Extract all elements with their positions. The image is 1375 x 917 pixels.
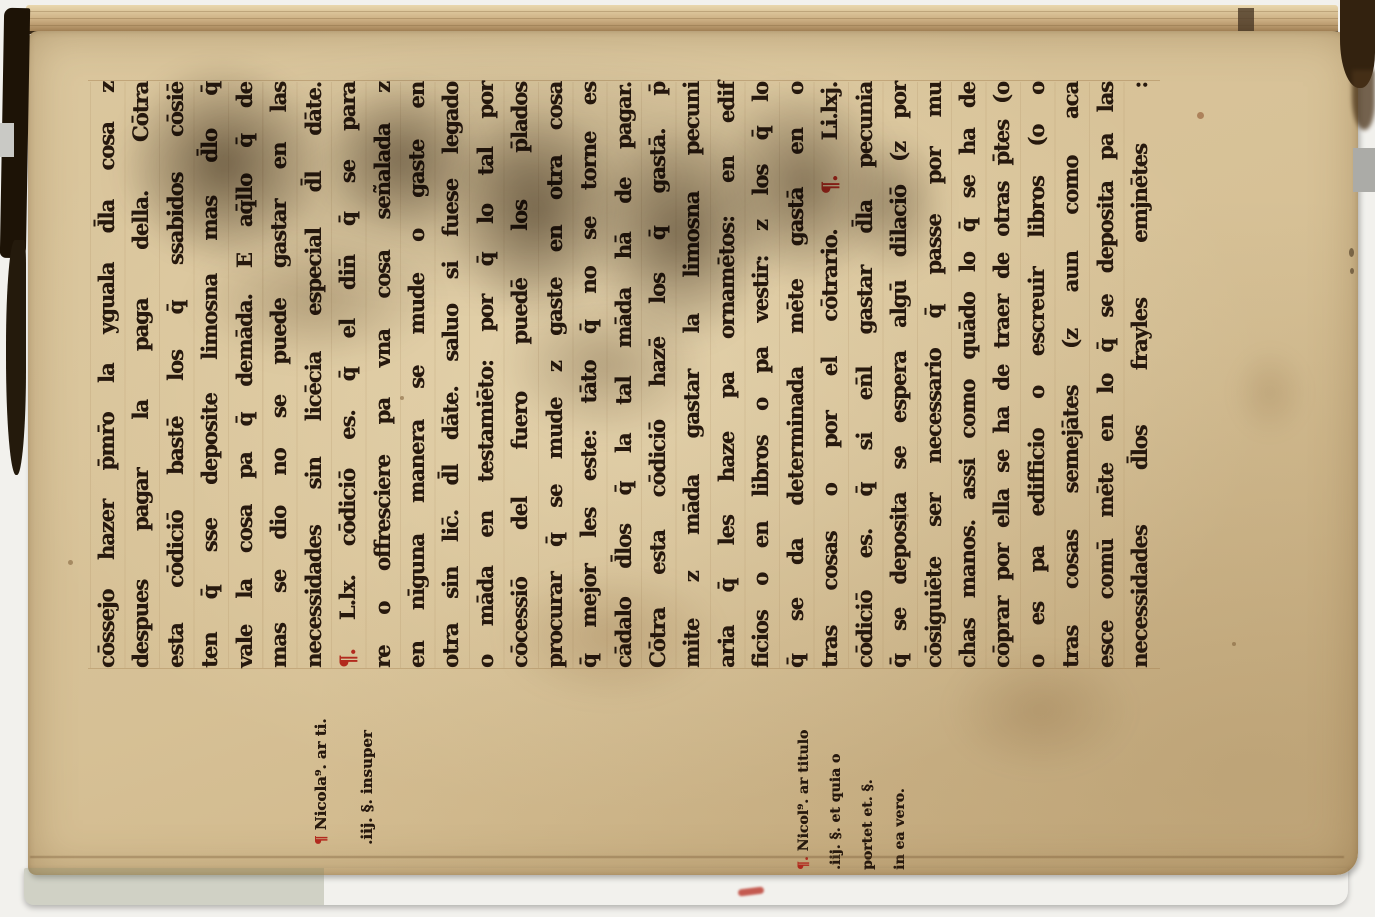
word: libros [1020,176,1054,238]
word: gastā. [641,129,675,194]
ink-speck [1349,248,1354,257]
word: o [1020,82,1054,95]
ink-speck [68,560,73,565]
word: los [159,350,193,381]
word: cōsiē [159,82,193,137]
word: p̄tes [985,120,1019,166]
word: señalada [366,124,400,220]
word: cōsiguiēte [917,557,951,668]
ink-speck [1350,268,1354,274]
word: escreuir [1020,268,1054,357]
scanned-manuscript-photo: { "manuscript_page": { "main_text": { "l… [0,0,1375,917]
word: las [1089,82,1123,112]
word: Nicol⁹. ar titulo [796,730,812,852]
word: ten [193,633,227,668]
word: (o [985,82,1019,104]
word: la [607,434,641,454]
word: licēcia [297,352,331,421]
word: māda [469,566,503,626]
word: tras [1054,626,1088,668]
word: limosna [193,274,227,360]
word: z [90,82,124,93]
word: demāda. [228,294,262,386]
word: q̄ [572,654,606,668]
text-line: q̄sedepositaseesperaalgūdilaciō(zpor [882,82,916,668]
word: gastar [262,200,296,268]
word: p̄mr̄o [90,413,124,471]
word: passe [917,214,951,274]
word: de [951,82,985,108]
word: los [503,200,537,231]
text-line: cōsiguiētesernecessarioq̄passepormu [917,82,951,668]
word: q̄ [159,301,193,315]
word: q̄ [469,253,503,267]
word: d̄la [848,200,882,233]
word: Nicola⁹. ar ti. [312,719,330,831]
word: Cōtra [124,82,158,142]
word: o [1020,386,1054,399]
word: q̄ [331,212,365,226]
word: mude [538,398,572,460]
word: como [1054,156,1088,215]
word: ha [951,128,985,155]
word: yguala [90,263,124,334]
text-line: mitezmādagastarlalimosnapecuni [675,82,709,668]
word: re [366,646,400,668]
word: māda [607,288,641,348]
word: o [469,655,503,668]
word: haze [710,432,744,482]
word: como [951,380,985,439]
margin-gloss-1-lines: ¶ Nicola⁹. ar ti. .iij. §. insuper [298,690,393,845]
word: se [779,598,813,621]
word: en [744,522,778,549]
word: māda [675,475,709,535]
frame-rule-right [88,80,1160,81]
word: q̄ [607,482,641,496]
word: cōdiciō [848,591,882,668]
word: frayles [1123,298,1157,370]
word: comū [1089,539,1123,599]
word: ficios [744,610,778,668]
word: pa [744,347,778,373]
word: cōdiciō [159,511,193,588]
text-line: estacōdiciōbastēlosq̄ssabidoscōsiē [159,82,193,668]
word: pa [1089,134,1123,160]
word: de [228,82,262,108]
text-line: necessidadessinlicēciaespeciald̄ldāte. [297,82,331,668]
word: q̄ [641,227,675,241]
word: la [124,400,158,420]
word: la [675,314,709,334]
text-line: massedionosepuedegastarenlas [262,82,296,668]
word: en [400,641,434,668]
word: se [262,570,296,593]
word: cosa [366,250,400,298]
word: d̄lo [193,129,227,163]
word: offresciere [366,455,400,571]
word: se [538,485,572,508]
word: mas [262,623,296,668]
text-line: cōprarporellasehadetraerdeotrasp̄tes(o [985,82,1019,668]
word: q̄ [917,305,951,319]
word: otra [538,156,572,200]
word: della. [124,191,158,250]
word: espera [882,351,916,423]
text-line: cādalod̄losq̄latalmādahādepagar. [607,82,641,668]
word: z [744,220,778,231]
word: esce [1089,621,1123,668]
word: cādalo [607,597,641,668]
word: (z [882,142,916,162]
word: especial [297,228,331,316]
word: cosas [1054,530,1088,589]
word: para [331,82,365,131]
word: tāto [572,361,606,404]
word: ssabidos [159,173,193,265]
word: necessidades [1123,525,1157,668]
word: no [262,448,296,475]
word: d̄l [434,465,468,486]
word: esta [159,624,193,669]
word: se [262,395,296,418]
text-line: ¶. Nicol⁹. ar titulo [788,698,820,870]
word: cōdiciō [641,420,675,497]
page-edge-stack-tint [24,868,324,905]
word: dāte. [434,386,468,440]
word: pa [1020,546,1054,572]
word: mude [400,273,434,335]
word: mu [917,82,951,118]
word: algū [882,280,916,328]
margin-gloss-2: ¶. Nicol⁹. ar titulo .iij. §. et quia o … [788,698,920,870]
word: necessidades [297,525,331,668]
word: cōdiciō [331,469,365,546]
word: dilaciō [882,185,916,257]
word: es. [331,410,365,440]
text-line: Cōtraestacōdiciōhazēlosq̄gastā.p̄ [641,82,675,668]
word: legado [434,82,468,154]
word: nīguna [400,534,434,610]
word: p̄lados [503,82,537,153]
word: por [813,411,847,448]
word: en [710,156,744,183]
top-edge-notch [1238,8,1254,32]
word: ornamētos: [710,216,744,339]
word: (o [1020,125,1054,147]
word: Cōtra [641,608,675,668]
gray-tab-right [1353,148,1375,192]
word: deposita [1089,181,1123,273]
word: hazē [641,337,675,387]
word: se [951,175,985,198]
text-line: oespaedifficiooescreuirlibros(oo [1020,82,1054,668]
word: lo [1089,374,1123,394]
word: despues [124,580,158,668]
word: de [985,253,1019,279]
word: Li.lxj. [813,82,847,140]
word: este: [572,430,606,481]
word: hā [607,232,641,259]
word: q̄ [1089,339,1123,353]
word: cōcessiō [503,577,537,668]
word: gastar [675,370,709,438]
word: vale [228,625,262,668]
word: lic̄. [434,510,468,542]
word: cōtrario. [813,230,847,322]
word: q̄ [882,654,916,668]
text-line: procurarq̄semudezgasteenotracosa [538,82,572,668]
word: la [90,364,124,384]
word: en̄l [848,367,882,401]
text-line: otrasinlic̄.d̄ldāte.saluosifueselegado [434,82,468,668]
word: q̄ [848,483,882,497]
word: q̄ [331,368,365,382]
word: pa [366,398,400,424]
word: el [331,319,365,338]
text-line: trascosassemejātes(zauncomoaca [1054,82,1088,668]
word: aq̄llo [228,174,262,227]
word: chas [951,619,985,668]
word: se [985,450,1019,473]
word: : [1123,82,1157,89]
text-line: cōcessiōdelfueropuedēlosp̄lados [503,82,537,668]
word: pagar [124,469,158,532]
word: (z [1054,329,1088,349]
word: tras [813,626,847,668]
text-line: omādaentestamiēto:porq̄lotalpor [469,82,503,668]
word: pecuni [675,82,709,155]
main-text-lines: cōssejohazerp̄mr̄olaygualad̄lacosazdespu… [90,82,1158,668]
gray-tab-left [0,123,14,157]
word: pecunia [848,82,882,168]
word: mas [193,196,227,241]
word: libros [744,436,778,498]
word: se [572,217,606,240]
word: cosa [538,82,572,130]
word: .iij. §. et quia o [828,754,844,870]
word: tal [469,147,503,175]
word: pa [710,372,744,398]
word: da [779,539,813,565]
word: otras [985,182,1019,237]
word: lo [951,252,985,272]
text-line: ennīgunamanerasemudeogasteen [400,82,434,668]
word: edif [710,82,744,123]
word: no [572,267,606,294]
word: traer [985,295,1019,349]
word: manos. [951,520,985,598]
rubric-pilcrow: ¶ [312,830,330,845]
word: edifficio [1020,429,1054,517]
word: se [331,160,365,183]
word: q̄ [193,586,227,600]
word: saluo [434,304,468,362]
word: o [813,483,847,496]
word: dāte. [297,82,331,136]
word: mejor [572,565,606,628]
ink-speck [400,396,404,400]
word: aca [1054,82,1088,119]
word: aria [710,626,744,668]
word: por [882,82,916,119]
word: sin [297,457,331,489]
word: si [434,262,468,280]
margin-gloss-2-lines: ¶. Nicol⁹. ar titulo .iij. §. et quia o … [788,698,920,870]
word: si [848,433,882,451]
word: mēte [1089,463,1123,518]
word: les [710,515,744,545]
word: testamiēto: [469,360,503,482]
word: en [400,82,434,109]
word: o [1020,655,1054,668]
word: lo [744,82,778,102]
word: d̄los [1123,426,1157,471]
main-text-block: cōssejohazerp̄mr̄olaygualad̄lacosazdespu… [90,82,1158,668]
word: vestir: [744,256,778,323]
word: vna [366,329,400,367]
word: gaste [538,278,572,336]
text-line: .iij. §. et quia o [820,698,852,870]
word: L.lx. [331,575,365,620]
closed-book-top-edge [26,5,1338,34]
text-line: q̄mejorleseste:tātoq̄nosetornees [572,82,606,668]
text-line: ariaq̄leshazepaornamētos:enedif [710,82,744,668]
word: lo [469,204,503,224]
text-line: ficiosoenlibrosopavestir:zlosq̄lo [744,82,778,668]
word: o [744,573,778,586]
word: mēte [779,279,813,334]
rubric-pilcrow: ¶. [813,176,847,195]
word: ella [985,489,1019,528]
word: q̄ [538,533,572,547]
word: pa [228,453,262,479]
word: de [985,365,1019,391]
word: bastē [159,417,193,475]
word: E [228,253,262,268]
word: de [607,178,641,204]
word: por [469,295,503,332]
word: d̄los [607,524,641,569]
word: es [1020,602,1054,625]
rubric-pilcrow: ¶. [331,649,365,668]
word: assi [951,459,985,500]
frame-rule-left [88,668,1160,669]
word: limosna [675,192,709,278]
word: los [641,273,675,304]
word: cosa [228,505,262,553]
word: en [469,511,503,538]
word: en [538,226,572,253]
word: paga [124,299,158,352]
ink-speck [1197,112,1204,119]
word: manera [400,420,434,503]
text-line: escecomūmēteenloq̄sedepositapalas [1089,82,1123,668]
word: las [262,82,296,112]
word: din̄ [331,255,365,290]
margin-gloss-1: ¶ Nicola⁹. ar ti. .iij. §. insuper [298,690,393,845]
word: deposite [193,393,227,485]
word: q̄ [779,654,813,668]
word: z [366,82,400,93]
word: mite [675,619,709,668]
text-line: q̄sedadeterminadamētegastāeno [779,82,813,668]
text-line: ¶ Nicola⁹. ar ti. [298,690,344,845]
word: puede [262,298,296,364]
word: pagar. [607,82,641,149]
word: fuese [434,179,468,237]
text-line: cōdiciōes.q̄sien̄lgastard̄lapecunia [848,82,882,668]
word: hazer [90,500,124,560]
text-line: necessidadesd̄losfraylesemjnētes: [1123,82,1157,668]
text-line: trascosasoporelcōtrario.¶.Li.lxj. [813,82,847,668]
word: q̄ [228,413,262,427]
word: cosa [90,122,124,170]
word: tal [607,377,641,405]
text-line: valelacosapaq̄demāda.Eaq̄lloq̄de [228,82,262,668]
word: otra [434,624,468,668]
text-line: .iij. §. insuper [344,690,390,845]
word: q̄ [951,219,985,233]
word: en [262,143,296,170]
word: d̄la [90,200,124,233]
word: .iij. §. insuper [358,730,376,845]
word: gastar [848,266,882,334]
word: en [1089,415,1123,442]
word: en [779,128,813,155]
text-line: chasmanos.assicomoquādoloq̄sehade [951,82,985,668]
word: esta [641,530,675,575]
word: o [779,82,813,95]
word: o [366,602,400,615]
word: gastā [779,188,813,246]
word: q̄ [710,579,744,593]
word: z [538,361,572,372]
word: determinada [779,367,813,506]
word: por [469,82,503,119]
word: quādo [951,292,985,359]
word: o [744,398,778,411]
word: por [985,544,1019,581]
word: q̄ [228,134,262,148]
word: deposita [882,493,916,585]
word: necessario [917,349,951,464]
word: o [400,229,434,242]
word: z [675,571,709,582]
word: el [813,357,847,376]
word: se [400,366,434,389]
word: gaste [400,140,434,198]
word: d̄l [297,172,331,193]
word: cōssejo [90,590,124,668]
ink-speck [1232,642,1236,646]
word: semejātes [1054,386,1088,494]
word: puedē [503,278,537,344]
text-line: in ea vero. [884,698,916,870]
word: emjnētes [1123,144,1157,243]
word: es [572,82,606,105]
word: p̄ [641,82,675,96]
word: sse [193,518,227,552]
word: dio [262,506,296,540]
word: del [503,497,537,530]
text-line: tenq̄ssedepositelimosnamasd̄loq̄ [193,82,227,668]
word: cosas [813,532,847,591]
ink-speck [906,514,909,517]
word: torne [572,132,606,190]
word: se [882,608,916,631]
word: aun [1054,251,1088,292]
